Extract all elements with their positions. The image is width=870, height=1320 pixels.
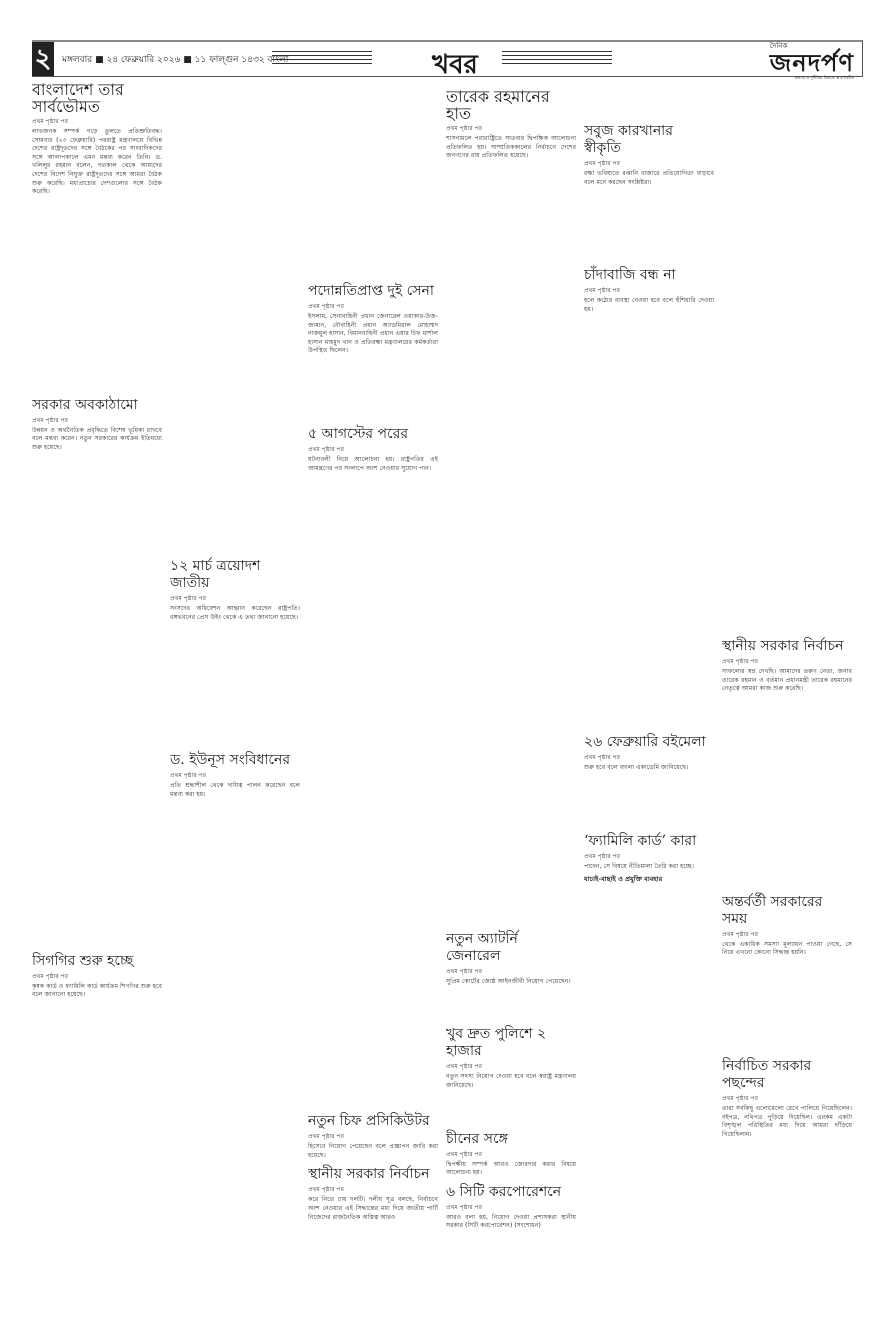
continued-label: প্রথম পৃষ্ঠার পর	[584, 285, 714, 296]
article: খুব দ্রুত পুলিশে ২ হাজারপ্রথম পৃষ্ঠার পর…	[446, 1026, 576, 1090]
continued-label: প্রথম পৃষ্ঠার পর	[308, 444, 438, 455]
article: ‘ফ্যামিলি কার্ড’ কারাপ্রথম পৃষ্ঠার পরপাব…	[584, 833, 714, 885]
article-body: লাভজনক সম্পর্ক গড়ে তুলতে প্রতিশ্রুতিবদ্…	[32, 128, 162, 197]
continued-label: প্রথম পৃষ্ঠার পর	[32, 415, 162, 426]
headline: ড. ইউনূস সংবিধানের	[170, 752, 300, 769]
continued-label: প্রথম পৃষ্ঠার পর	[32, 116, 162, 127]
headline: ১২ মার্চ ত্রয়োদশ জাতীয়	[170, 558, 300, 592]
headline: সবুজ কারখানার স্বীকৃতি	[584, 123, 714, 157]
article-body: হলে কঠোর ব্যবস্থা নেওয়া হবে বলে হুঁশিয়…	[584, 297, 714, 314]
newspaper-page: ২ মঙ্গলবার ■ ২৪ ফেব্রুয়ারি ২০২৬ ■ ১১ ফা…	[32, 40, 862, 1295]
article: ১২ মার্চ ত্রয়োদশ জাতীয়প্রথম পৃষ্ঠার পর…	[170, 558, 300, 622]
headline: তারেক রহমানের হাত	[446, 88, 576, 122]
article: স্থানীয় সরকার নির্বাচনপ্রথম পৃষ্ঠার পরস…	[722, 638, 852, 694]
article-body: প্রতি শ্রদ্ধাশীল থেকে দায়িত্ব পালন করেছ…	[170, 782, 300, 799]
continued-label: প্রথম পৃষ্ঠার পর	[170, 593, 300, 604]
article: সিগগির শুরু হচ্ছেপ্রথম পৃষ্ঠার পরকৃষক কা…	[32, 953, 162, 1000]
article-body: শুরু হবে বলে বাংলা একাডেমি জানিয়েছে।	[584, 764, 714, 773]
headline: ২৬ ফেব্রুয়ারি বইমেলা	[584, 734, 714, 751]
decorative-rules	[272, 51, 372, 67]
headline: চাঁদাবাজি বন্ধ না	[584, 267, 714, 284]
article: পদোন্নতিপ্রাপ্ত দুই সেনাপ্রথম পৃষ্ঠার পর…	[308, 283, 438, 356]
headline: ‘ফ্যামিলি কার্ড’ কারা	[584, 833, 714, 850]
continued-label: প্রথম পৃষ্ঠার পর	[722, 1093, 852, 1104]
headline: অন্তর্বর্তী সরকারের সময়	[722, 894, 852, 928]
article: নতুন অ্যাটর্নি জেনারেলপ্রথম পৃষ্ঠার পরসু…	[446, 931, 576, 987]
headline: সরকার অবকাঠামো	[32, 397, 162, 414]
dateline: মঙ্গলবার ■ ২৪ ফেব্রুয়ারি ২০২৬ ■ ১১ ফাল্…	[62, 52, 288, 67]
continued-label: প্রথম পৃষ্ঠার পর	[308, 1131, 438, 1142]
article: অন্তর্বর্তী সরকারের সময়প্রথম পৃষ্ঠার পর…	[722, 894, 852, 958]
article: বাংলাদেশ তার সার্বভৌমতপ্রথম পৃষ্ঠার পরলা…	[32, 81, 162, 197]
article-body: হিসেবে নিয়োগ পেয়েছেন বলে প্রজ্ঞাপন জার…	[308, 1143, 438, 1160]
continued-label: প্রথম পৃষ্ঠার পর	[446, 1202, 576, 1213]
headline: সিগগির শুরু হচ্ছে	[32, 953, 162, 970]
column-2: ১২ মার্চ ত্রয়োদশ জাতীয়প্রথম পৃষ্ঠার পর…	[170, 78, 300, 1293]
article-body: সাফল্যের স্বপ্ন দেখছি। আমাদের তরুণ নেতা,…	[722, 668, 852, 694]
article-body: তারা সবকিছু এলোমেলো রেখে পালিয়ে গিয়েছি…	[722, 1105, 852, 1139]
headline: খুব দ্রুত পুলিশে ২ হাজার	[446, 1026, 576, 1060]
article-body: করে নিতে চায় দলটি। দলীয় সূত্র বলছে, নি…	[308, 1196, 438, 1222]
article-body: ঘটনাবলী নিয়ে আলোচনা হয়। রাষ্ট্রপতির এই…	[308, 456, 438, 473]
continued-label: প্রথম পৃষ্ঠার পর	[32, 971, 162, 982]
column-1: বাংলাদেশ তার সার্বভৌমতপ্রথম পৃষ্ঠার পরলা…	[32, 78, 162, 1293]
headline: নতুন চিফ প্রসিকিউটর	[308, 1113, 438, 1130]
article-body: থেকে একাধিক সমস্যা মূল্যায়ন পাওয়া গেছে…	[722, 941, 852, 958]
headline: চীনের সঙ্গে	[446, 1131, 576, 1148]
page-number: ২	[32, 42, 54, 76]
article: চাঁদাবাজি বন্ধ নাপ্রথম পৃষ্ঠার পরহলে কঠো…	[584, 267, 714, 314]
headline: স্থানীয় সরকার নির্বাচন	[722, 638, 852, 655]
continued-label: প্রথম পৃষ্ঠার পর	[446, 1061, 576, 1072]
brand-logo: দৈনিক জনদর্পণ অন্যায় ও দুর্নীতির বিরুদ্…	[770, 40, 854, 82]
article-body: উন্নয়ন ও অর্থনৈতিক প্রবৃদ্ধিতে বিশেষ ভূ…	[32, 427, 162, 453]
continued-label: প্রথম পৃষ্ঠার পর	[446, 966, 576, 977]
column-6: স্থানীয় সরকার নির্বাচনপ্রথম পৃষ্ঠার পরস…	[722, 78, 852, 1293]
headline: ৬ সিটি করপোরেশনে	[446, 1184, 576, 1201]
headline: স্থানীয় সরকার নির্বাচন	[308, 1166, 438, 1183]
column-5: সবুজ কারখানার স্বীকৃতিপ্রথম পৃষ্ঠার পররক…	[584, 78, 714, 1293]
column-4: তারেক রহমানের হাতপ্রথম পৃষ্ঠার পরশাসনামল…	[446, 78, 576, 1293]
article-body: কৃষক কার্ড ও ফ্যামিলি কার্ড কার্যক্রম শি…	[32, 983, 162, 1000]
column-3: পদোন্নতিপ্রাপ্ত দুই সেনাপ্রথম পৃষ্ঠার পর…	[308, 78, 438, 1293]
article: নতুন চিফ প্রসিকিউটরপ্রথম পৃষ্ঠার পরহিসেব…	[308, 1113, 438, 1160]
article-body: আরও বলা হয়, নিয়োগ দেওয়া প্রশাসকরা স্থ…	[446, 1214, 576, 1231]
article-body: নতুন সদস্য নিয়োগ দেওয়া হবে বলে স্বরাষ্…	[446, 1073, 576, 1090]
continued-label: প্রথম পৃষ্ঠার পর	[308, 1184, 438, 1195]
article: সবুজ কারখানার স্বীকৃতিপ্রথম পৃষ্ঠার পররক…	[584, 123, 714, 187]
headline: ৫ আগস্টের পরের	[308, 426, 438, 443]
headline: পদোন্নতিপ্রাপ্ত দুই সেনা	[308, 283, 438, 300]
article: ৫ আগস্টের পরেরপ্রথম পৃষ্ঠার পরঘটনাবলী নি…	[308, 426, 438, 473]
article: স্থানীয় সরকার নির্বাচনপ্রথম পৃষ্ঠার পরক…	[308, 1166, 438, 1222]
article-body: পাবেন, সে বিষয়ে নীতিমালা তৈরি করা হচ্ছে…	[584, 863, 714, 872]
article: সরকার অবকাঠামোপ্রথম পৃষ্ঠার পরউন্নয়ন ও …	[32, 397, 162, 453]
article-body: শাসনামলে পরারাষ্ট্রিতে সাতবার দ্বিপক্ষিক…	[446, 135, 576, 161]
article-body: দ্বিপক্ষীয় সম্পর্ক আরও জোরদার করার বিষয…	[446, 1161, 576, 1178]
continued-label: প্রথম পৃষ্ঠার পর	[446, 123, 576, 134]
headline: নতুন অ্যাটর্নি জেনারেল	[446, 931, 576, 965]
headline: বাংলাদেশ তার সার্বভৌমত	[32, 81, 162, 115]
article-body: রক্ষা ভবিষ্যতে রপ্তানি বাজারে প্রতিযোগিত…	[584, 170, 714, 187]
article: নির্বাচিত সরকার পছন্দেরপ্রথম পৃষ্ঠার পরত…	[722, 1058, 852, 1139]
brand-name: জনদর্পণ	[770, 49, 854, 77]
masthead: ২ মঙ্গলবার ■ ২৪ ফেব্রুয়ারি ২০২৬ ■ ১১ ফা…	[32, 40, 863, 77]
article: ২৬ ফেব্রুয়ারি বইমেলাপ্রথম পৃষ্ঠার পরশুর…	[584, 734, 714, 773]
continued-label: প্রথম পৃষ্ঠার পর	[584, 752, 714, 763]
article-body: সংসদের অধিবেশন আহ্বান করেছেন রাষ্ট্রপতি।…	[170, 605, 300, 622]
continued-label: প্রথম পৃষ্ঠার পর	[308, 301, 438, 312]
article-body: ইসলাম, সেনাবাহিনী প্রধান জেনারেল ওয়াকার…	[308, 313, 438, 356]
continued-label: প্রথম পৃষ্ঠার পর	[170, 770, 300, 781]
article-body: সুপ্রিম কোর্টের জ্যেষ্ঠ আইনজীবী নিয়োগ প…	[446, 978, 576, 987]
article: চীনের সঙ্গেপ্রথম পৃষ্ঠার পরদ্বিপক্ষীয় স…	[446, 1131, 576, 1178]
decorative-rules	[502, 51, 612, 67]
article: তারেক রহমানের হাতপ্রথম পৃষ্ঠার পরশাসনামল…	[446, 88, 576, 161]
subheading: যাচাই-বাছাই ও প্রযুক্তি ব্যবহার	[584, 874, 714, 885]
continued-label: প্রথম পৃষ্ঠার পর	[584, 158, 714, 169]
continued-label: প্রথম পৃষ্ঠার পর	[446, 1149, 576, 1160]
headline: নির্বাচিত সরকার পছন্দের	[722, 1058, 852, 1092]
article: ৬ সিটি করপোরেশনেপ্রথম পৃষ্ঠার পরআরও বলা …	[446, 1184, 576, 1231]
continued-label: প্রথম পৃষ্ঠার পর	[722, 656, 852, 667]
article: ড. ইউনূস সংবিধানেরপ্রথম পৃষ্ঠার পরপ্রতি …	[170, 752, 300, 799]
continued-label: প্রথম পৃষ্ঠার পর	[722, 929, 852, 940]
continued-label: প্রথম পৃষ্ঠার পর	[584, 851, 714, 862]
